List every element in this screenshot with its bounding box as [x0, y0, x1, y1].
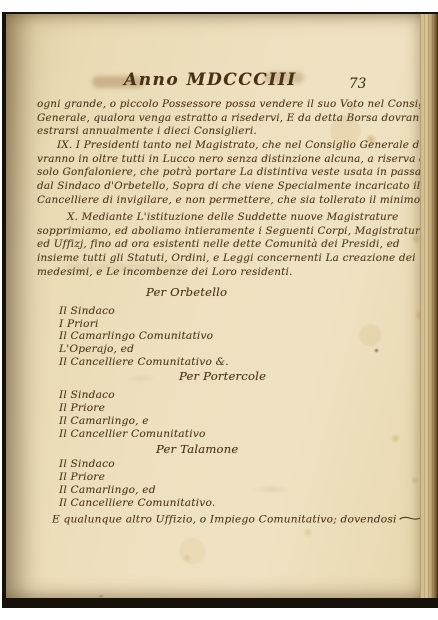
- list-item: Il Camarlingo Comunitativo: [59, 330, 229, 343]
- page-title: Anno MDCCCIII: [124, 70, 297, 90]
- list-item: Il Cancelliere Comunitativo.: [59, 497, 215, 510]
- office-list-portercole: Il Sindaco Il Priore Il Camarlingo, e Il…: [59, 389, 206, 441]
- office-list-orbetello: Il Sindaco I Priori Il Camarlingo Comuni…: [59, 305, 229, 369]
- list-item: Il Priore: [59, 471, 215, 484]
- list-item: Il Sindaco: [59, 305, 229, 318]
- book-fore-edge: [420, 14, 438, 598]
- list-item: Il Cancelliere Comunitativo &.: [59, 356, 229, 369]
- list-item: Il Sindaco: [59, 389, 206, 402]
- paragraph-line: insieme tutti gli Statuti, Ordini, e Leg…: [37, 252, 430, 266]
- photographed-manuscript: Anno MDCCCIII 73 ogni grande, o piccolo …: [0, 0, 438, 620]
- list-item: Il Sindaco: [59, 458, 215, 471]
- paragraph-line: vranno in oltre tutti in Lucco nero senz…: [37, 153, 438, 167]
- section-heading-portercole: Per Portercole: [179, 369, 266, 383]
- list-item: L'Operajo, ed: [59, 343, 229, 356]
- list-item: I Priori: [59, 318, 229, 331]
- paragraph-line: ed Uffizj, fino ad ora esistenti nelle d…: [37, 238, 430, 252]
- section-heading-orbetello: Per Orbetello: [146, 285, 227, 299]
- closing-line-text: E qualunque altro Uffizio, o Impiego Com…: [52, 514, 397, 526]
- paragraph-line: Cancelliere di invigilare, e non permett…: [37, 194, 438, 208]
- office-list-talamone: Il Sindaco Il Priore Il Camarlingo, ed I…: [59, 458, 215, 510]
- ink-speck: [374, 348, 379, 353]
- paragraph-article-10: X. Mediante L'istituzione delle Suddette…: [37, 211, 430, 280]
- paragraph-line: solo Gonfaloniere, che potrà portare La …: [37, 166, 438, 180]
- list-item: Il Priore: [59, 402, 206, 415]
- list-item: Il Camarlingo, ed: [59, 484, 215, 497]
- page-number: 73: [349, 76, 367, 92]
- paragraph-line: ogni grande, o piccolo Possessore possa …: [37, 98, 438, 112]
- paragraph-line: IX. I Presidenti tanto nel Magistrato, c…: [37, 139, 438, 153]
- paragraph-line: X. Mediante L'istituzione delle Suddette…: [37, 211, 430, 225]
- paragraph-line: dal Sindaco d'Orbetello, Sopra di che vi…: [37, 180, 438, 194]
- ink-bleedthrough-smudge: [126, 374, 156, 383]
- manuscript-page: Anno MDCCCIII 73 ogni grande, o piccolo …: [6, 14, 420, 598]
- section-heading-talamone: Per Talamone: [156, 442, 238, 456]
- list-item: Il Cancellier Comunitativo: [59, 428, 206, 441]
- paragraph-article-9: IX. I Presidenti tanto nel Magistrato, c…: [37, 139, 438, 208]
- paragraph-line: sopprimiamo, ed aboliamo intieramente i …: [37, 225, 430, 239]
- paragraph-line: Generale, qualora venga estratto a rised…: [37, 112, 438, 126]
- book-binding-frame: Anno MDCCCIII 73 ogni grande, o piccolo …: [2, 12, 438, 608]
- list-item: Il Camarlingo, e: [59, 415, 206, 428]
- foxing-stain: [410, 476, 420, 485]
- foxing-stain: [390, 434, 401, 443]
- paragraph-line: medesimi, e Le incombenze dei Loro resid…: [37, 266, 430, 280]
- ink-bleedthrough-smudge: [252, 484, 292, 494]
- paragraph-line: estrarsi annualmente i dieci Consiglieri…: [37, 125, 438, 139]
- paragraph-intro: ogni grande, o piccolo Possessore possa …: [37, 98, 438, 139]
- closing-line: E qualunque altro Uffizio, o Impiego Com…: [52, 513, 433, 526]
- foxing-stain: [302, 528, 314, 537]
- foxing-stain: [182, 554, 192, 562]
- ink-speck: [98, 594, 104, 599]
